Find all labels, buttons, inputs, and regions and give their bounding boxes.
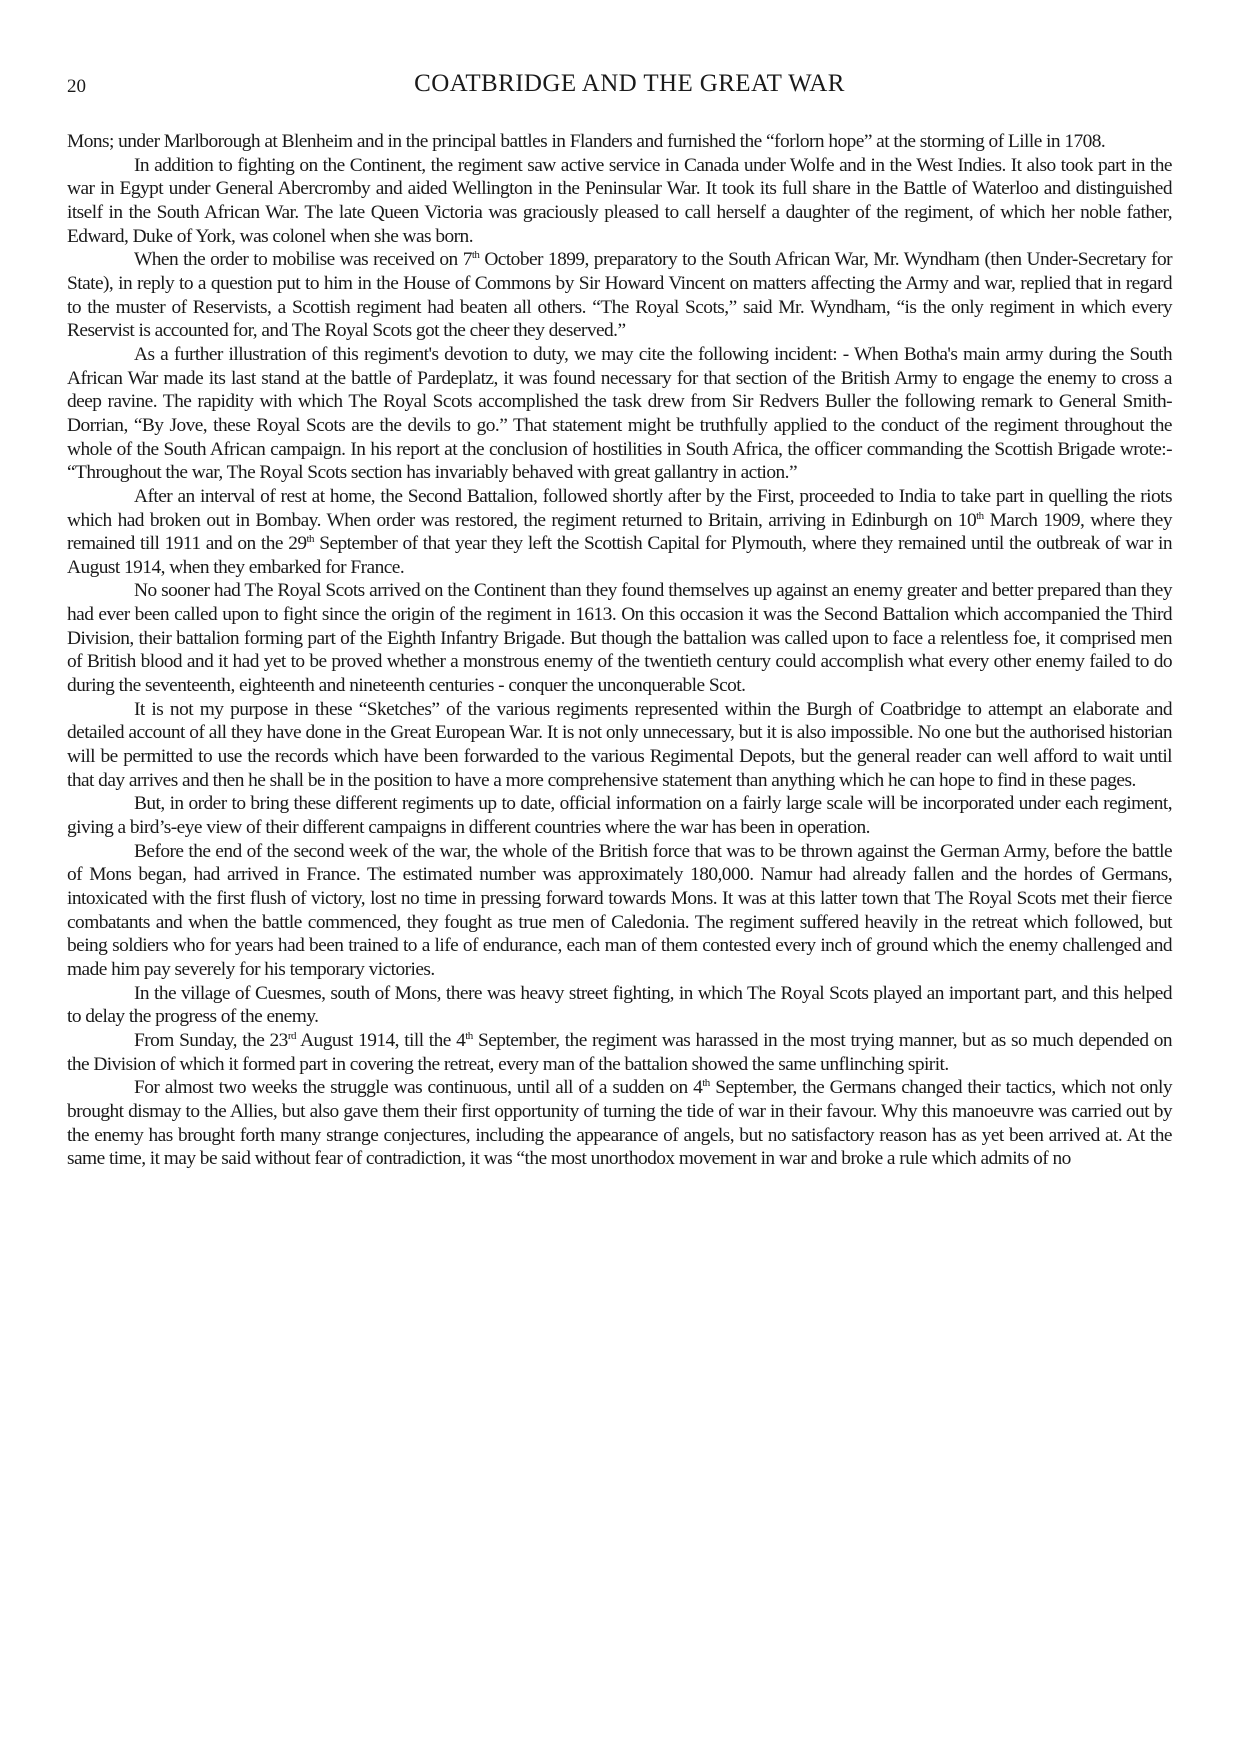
paragraph: It is not my purpose in these “Sketches”…: [67, 698, 1172, 793]
paragraph: When the order to mobilise was received …: [67, 248, 1172, 343]
running-title: COATBRIDGE AND THE GREAT WAR: [67, 70, 1172, 98]
ordinal-superscript: rd: [288, 1030, 296, 1042]
body-text: Mons; under Marlborough at Blenheim and …: [67, 130, 1172, 1171]
paragraph: No sooner had The Royal Scots arrived on…: [67, 579, 1172, 697]
ordinal-superscript: th: [472, 249, 479, 261]
ordinal-superscript: th: [307, 533, 314, 545]
paragraph: After an interval of rest at home, the S…: [67, 485, 1172, 580]
ordinal-superscript: th: [702, 1077, 709, 1089]
ordinal-superscript: th: [976, 510, 983, 522]
paragraph: From Sunday, the 23rd August 1914, till …: [67, 1029, 1172, 1076]
ordinal-superscript: th: [465, 1030, 472, 1042]
paragraph: In addition to fighting on the Continent…: [67, 154, 1172, 249]
paragraph: Before the end of the second week of the…: [67, 840, 1172, 982]
paragraph: In the village of Cuesmes, south of Mons…: [67, 982, 1172, 1029]
paragraph: As a further illustration of this regime…: [67, 343, 1172, 485]
page-header: 20 COATBRIDGE AND THE GREAT WAR: [67, 70, 1172, 100]
paragraph: Mons; under Marlborough at Blenheim and …: [67, 130, 1172, 154]
paragraph: For almost two weeks the struggle was co…: [67, 1076, 1172, 1171]
paragraph: But, in order to bring these different r…: [67, 792, 1172, 839]
